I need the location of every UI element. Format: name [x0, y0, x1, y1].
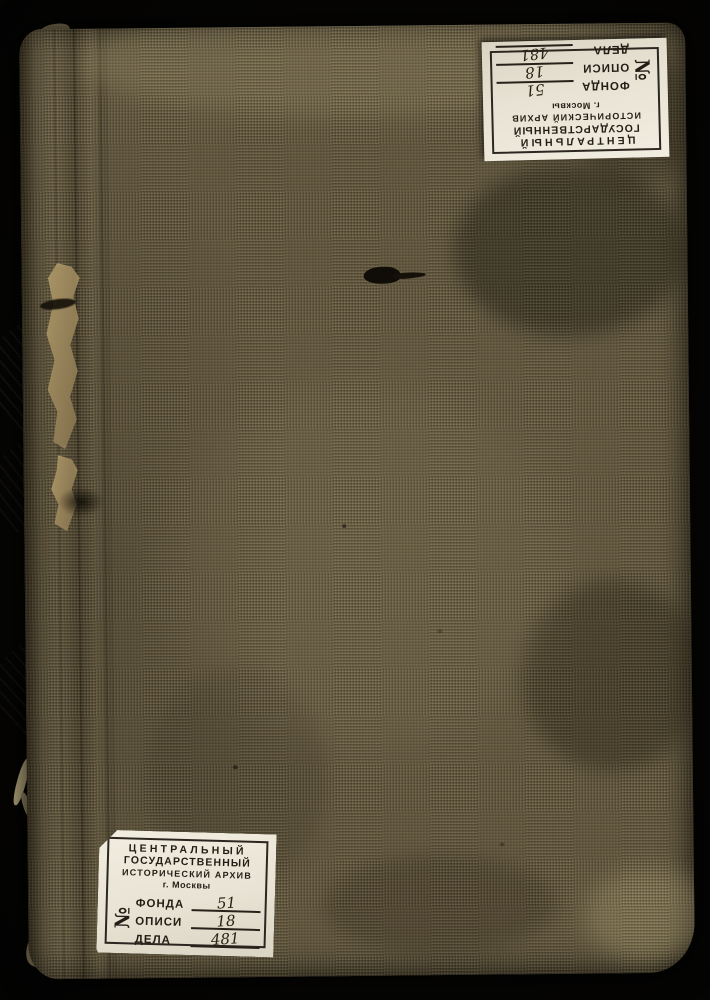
worn-light-patch: [163, 384, 567, 748]
number-sign: №: [110, 907, 135, 930]
photo-backdrop: ЦЕНТРАЛЬНЫЙ ГОСУДАРСТВЕННЫЙ ИСТОРИЧЕСКИЙ…: [0, 0, 710, 1000]
archive-field-rows: ФОНДА 51 ОПИСИ 18 ДЕЛА 481: [133, 891, 261, 949]
handwritten-value: 481: [519, 44, 549, 65]
ink-blot-stain: [364, 263, 430, 288]
speck: [500, 842, 505, 846]
dark-knot: [58, 487, 104, 517]
field-row-delo: ДЕЛА 481: [135, 927, 260, 948]
speck: [233, 765, 238, 769]
archive-label-top: ЦЕНТРАЛЬНЫЙ ГОСУДАРСТВЕННЫЙ ИСТОРИЧЕСКИЙ…: [482, 38, 670, 161]
handwritten-value: 51: [525, 80, 546, 100]
field-label: ДЕЛА: [573, 43, 629, 56]
speck: [437, 629, 442, 633]
dark-stain: [521, 578, 695, 772]
dark-stain: [452, 163, 686, 337]
handwritten-value: 481: [211, 929, 241, 949]
archive-label-frame: ЦЕНТРАЛЬНЫЙ ГОСУДАРСТВЕННЫЙ ИСТОРИЧЕСКИЙ…: [105, 837, 269, 948]
handwritten-value: 18: [524, 62, 545, 82]
field-underline: 481: [191, 927, 261, 949]
worn-light-patch: [584, 868, 695, 961]
number-sign: №: [630, 58, 655, 81]
field-label: ДЕЛА: [135, 933, 191, 947]
handwritten-value: 51: [216, 893, 236, 912]
handwritten-value: 18: [216, 911, 236, 930]
archive-label-frame: ЦЕНТРАЛЬНЫЙ ГОСУДАРСТВЕННЫЙ ИСТОРИЧЕСКИЙ…: [490, 47, 661, 154]
archive-label-bottom: ЦЕНТРАЛЬНЫЙ ГОСУДАРСТВЕННЫЙ ИСТОРИЧЕСКИЙ…: [96, 830, 276, 958]
field-underline: 481: [496, 44, 573, 66]
field-label: ОПИСИ: [573, 61, 629, 74]
field-row-delo: ДЕЛА 481: [496, 43, 629, 64]
speck: [342, 524, 346, 528]
dark-stain: [324, 854, 557, 956]
field-label: ФОНДА: [574, 79, 630, 92]
archive-fields: № ФОНДА 51 ОПИСИ 18 ДЕЛА 481: [496, 42, 654, 100]
archive-fields: № ФОНДА 51 ОПИСИ 18 ДЕЛА 481: [111, 891, 261, 949]
archive-field-rows: ФОНДА 51 ОПИСИ 18 ДЕЛА 481: [496, 43, 632, 100]
